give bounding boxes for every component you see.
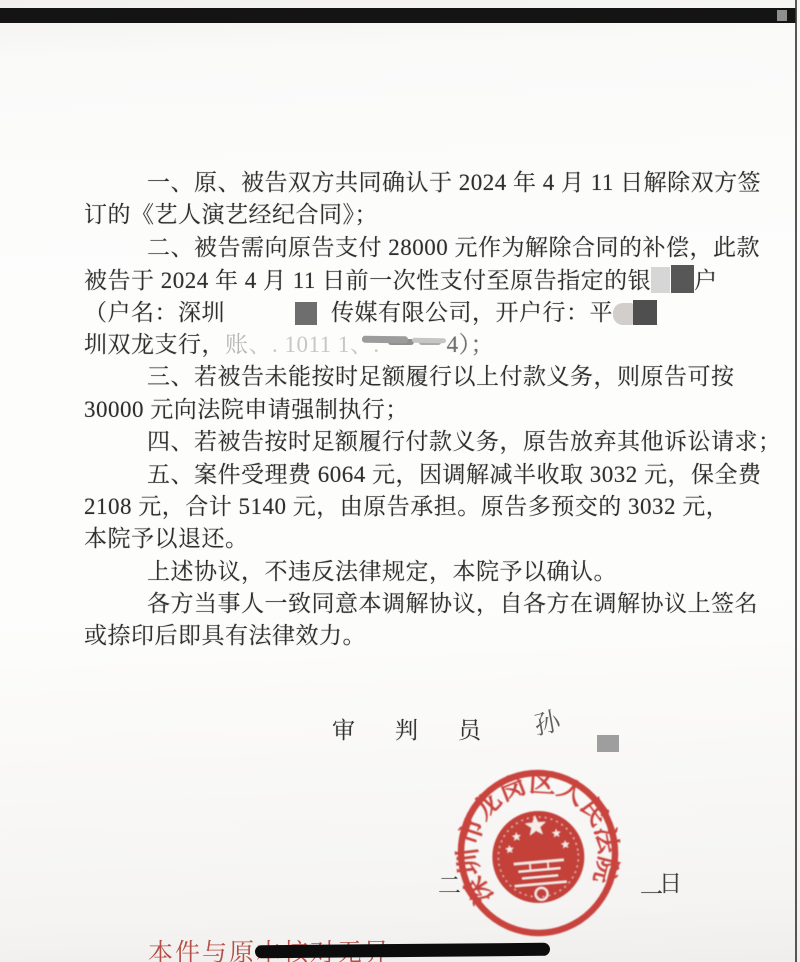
doc-text: 户 xyxy=(694,268,718,293)
redaction-box-dark xyxy=(295,302,317,325)
doc-text: 二、被告需向原告支付 28000 元作为解除合同的补偿，此款 xyxy=(147,235,760,260)
doc-line: 四、若被告按时足额履行付款义务，原告放弃其他诉讼请求； xyxy=(84,427,764,459)
doc-line: 被告于 2024 年 4 月 11 日前一次性支付至原告指定的银户 xyxy=(84,265,764,297)
doc-text: 一、原、被告双方共同确认于 2024 年 4 月 11 日解除双方签 xyxy=(147,170,761,195)
doc-text: 三、若被告未能按时足额履行以上付款义务，则原告可按 xyxy=(147,364,735,389)
doc-line: 上述协议，不违反法律规定，本院予以确认。 xyxy=(84,557,764,589)
document-photo: 一、原、被告双方共同确认于 2024 年 4 月 11 日解除双方签 订的《艺人… xyxy=(0,0,800,962)
redaction-box-dark xyxy=(671,265,694,293)
doc-text: 30000 元向法院申请强制执行； xyxy=(84,397,409,422)
doc-text: 各方当事人一致同意本调解协议，自各方在调解协议上签名 xyxy=(147,591,758,616)
redaction-box-light xyxy=(651,267,670,293)
doc-line: （户名：深圳传媒有限公司，开户行：平 xyxy=(84,298,764,330)
judge-title: 审判员 xyxy=(332,712,521,745)
erased-text: 账 xyxy=(225,332,249,357)
doc-text: 上述协议，不违反法律规定，本院予以确认。 xyxy=(147,559,617,584)
black-marker-redaction xyxy=(255,943,550,959)
doc-text: 2108 元，合计 5140 元，由原告承担。原告多预交的 3032 元， xyxy=(84,494,729,519)
smudge-mark xyxy=(412,338,446,343)
doc-line: 2108 元，合计 5140 元，由原告承担。原告多预交的 3032 元， xyxy=(84,492,764,524)
judge-signature-handwritten: 孙 xyxy=(531,700,563,743)
top-bar-gray-chip xyxy=(777,10,787,21)
doc-line: 圳双龙支行，账、. 1011 1、.4）； xyxy=(84,330,764,362)
doc-text: 四、若被告按时足额履行付款义务，原告放弃其他诉讼请求； xyxy=(147,429,782,454)
doc-line: 订的《艺人演艺经纪合同》； xyxy=(84,200,764,232)
mediation-agreement-body: 一、原、被告双方共同确认于 2024 年 4 月 11 日解除双方签 订的《艺人… xyxy=(84,168,764,654)
smudge-mark xyxy=(362,336,408,344)
court-seal: 深圳市龙岗区人民法院 xyxy=(445,758,632,948)
doc-line: 本院予以退还。 xyxy=(84,524,764,556)
doc-text: 订的《艺人演艺经纪合同》； xyxy=(84,202,378,227)
page-right-edge xyxy=(795,0,797,962)
redaction-blur xyxy=(613,303,633,325)
redaction-box-dark xyxy=(633,300,657,325)
doc-text: 五、案件受理费 6064 元，因调解减半收取 3032 元，保全费 xyxy=(147,462,762,487)
doc-line: 或捺印后即具有法律效力。 xyxy=(84,621,764,653)
national-emblem-icon xyxy=(489,807,589,907)
top-black-bar xyxy=(0,8,796,23)
doc-text: 或捺印后即具有法律效力。 xyxy=(84,623,366,648)
doc-line: 一、原、被告双方共同确认于 2024 年 4 月 11 日解除双方签 xyxy=(84,168,764,200)
redaction-box-dark xyxy=(597,735,619,752)
doc-line: 五、案件受理费 6064 元，因调解减半收取 3032 元，保全费 xyxy=(84,460,764,492)
doc-text: 传媒有限公司，开户行：平 xyxy=(331,300,613,325)
doc-line: 各方当事人一致同意本调解协议，自各方在调解协议上签名 xyxy=(84,589,764,621)
doc-text: 本院予以退还。 xyxy=(84,526,249,551)
doc-text: 被告于 2024 年 4 月 11 日前一次性支付至原告指定的银 xyxy=(84,268,651,293)
doc-text: （户名：深圳 xyxy=(84,300,225,325)
doc-text: 4）； xyxy=(447,332,495,357)
doc-line: 三、若被告未能按时足额履行以上付款义务，则原告可按 xyxy=(84,362,764,394)
doc-line: 30000 元向法院申请强制执行； xyxy=(84,395,764,427)
erased-text: 、. 1011 1、. xyxy=(249,332,380,357)
doc-text: 圳双龙支行， xyxy=(84,332,225,357)
doc-line: 二、被告需向原告支付 28000 元作为解除合同的补偿，此款 xyxy=(84,233,764,265)
date-fragment: 日 xyxy=(659,865,682,898)
